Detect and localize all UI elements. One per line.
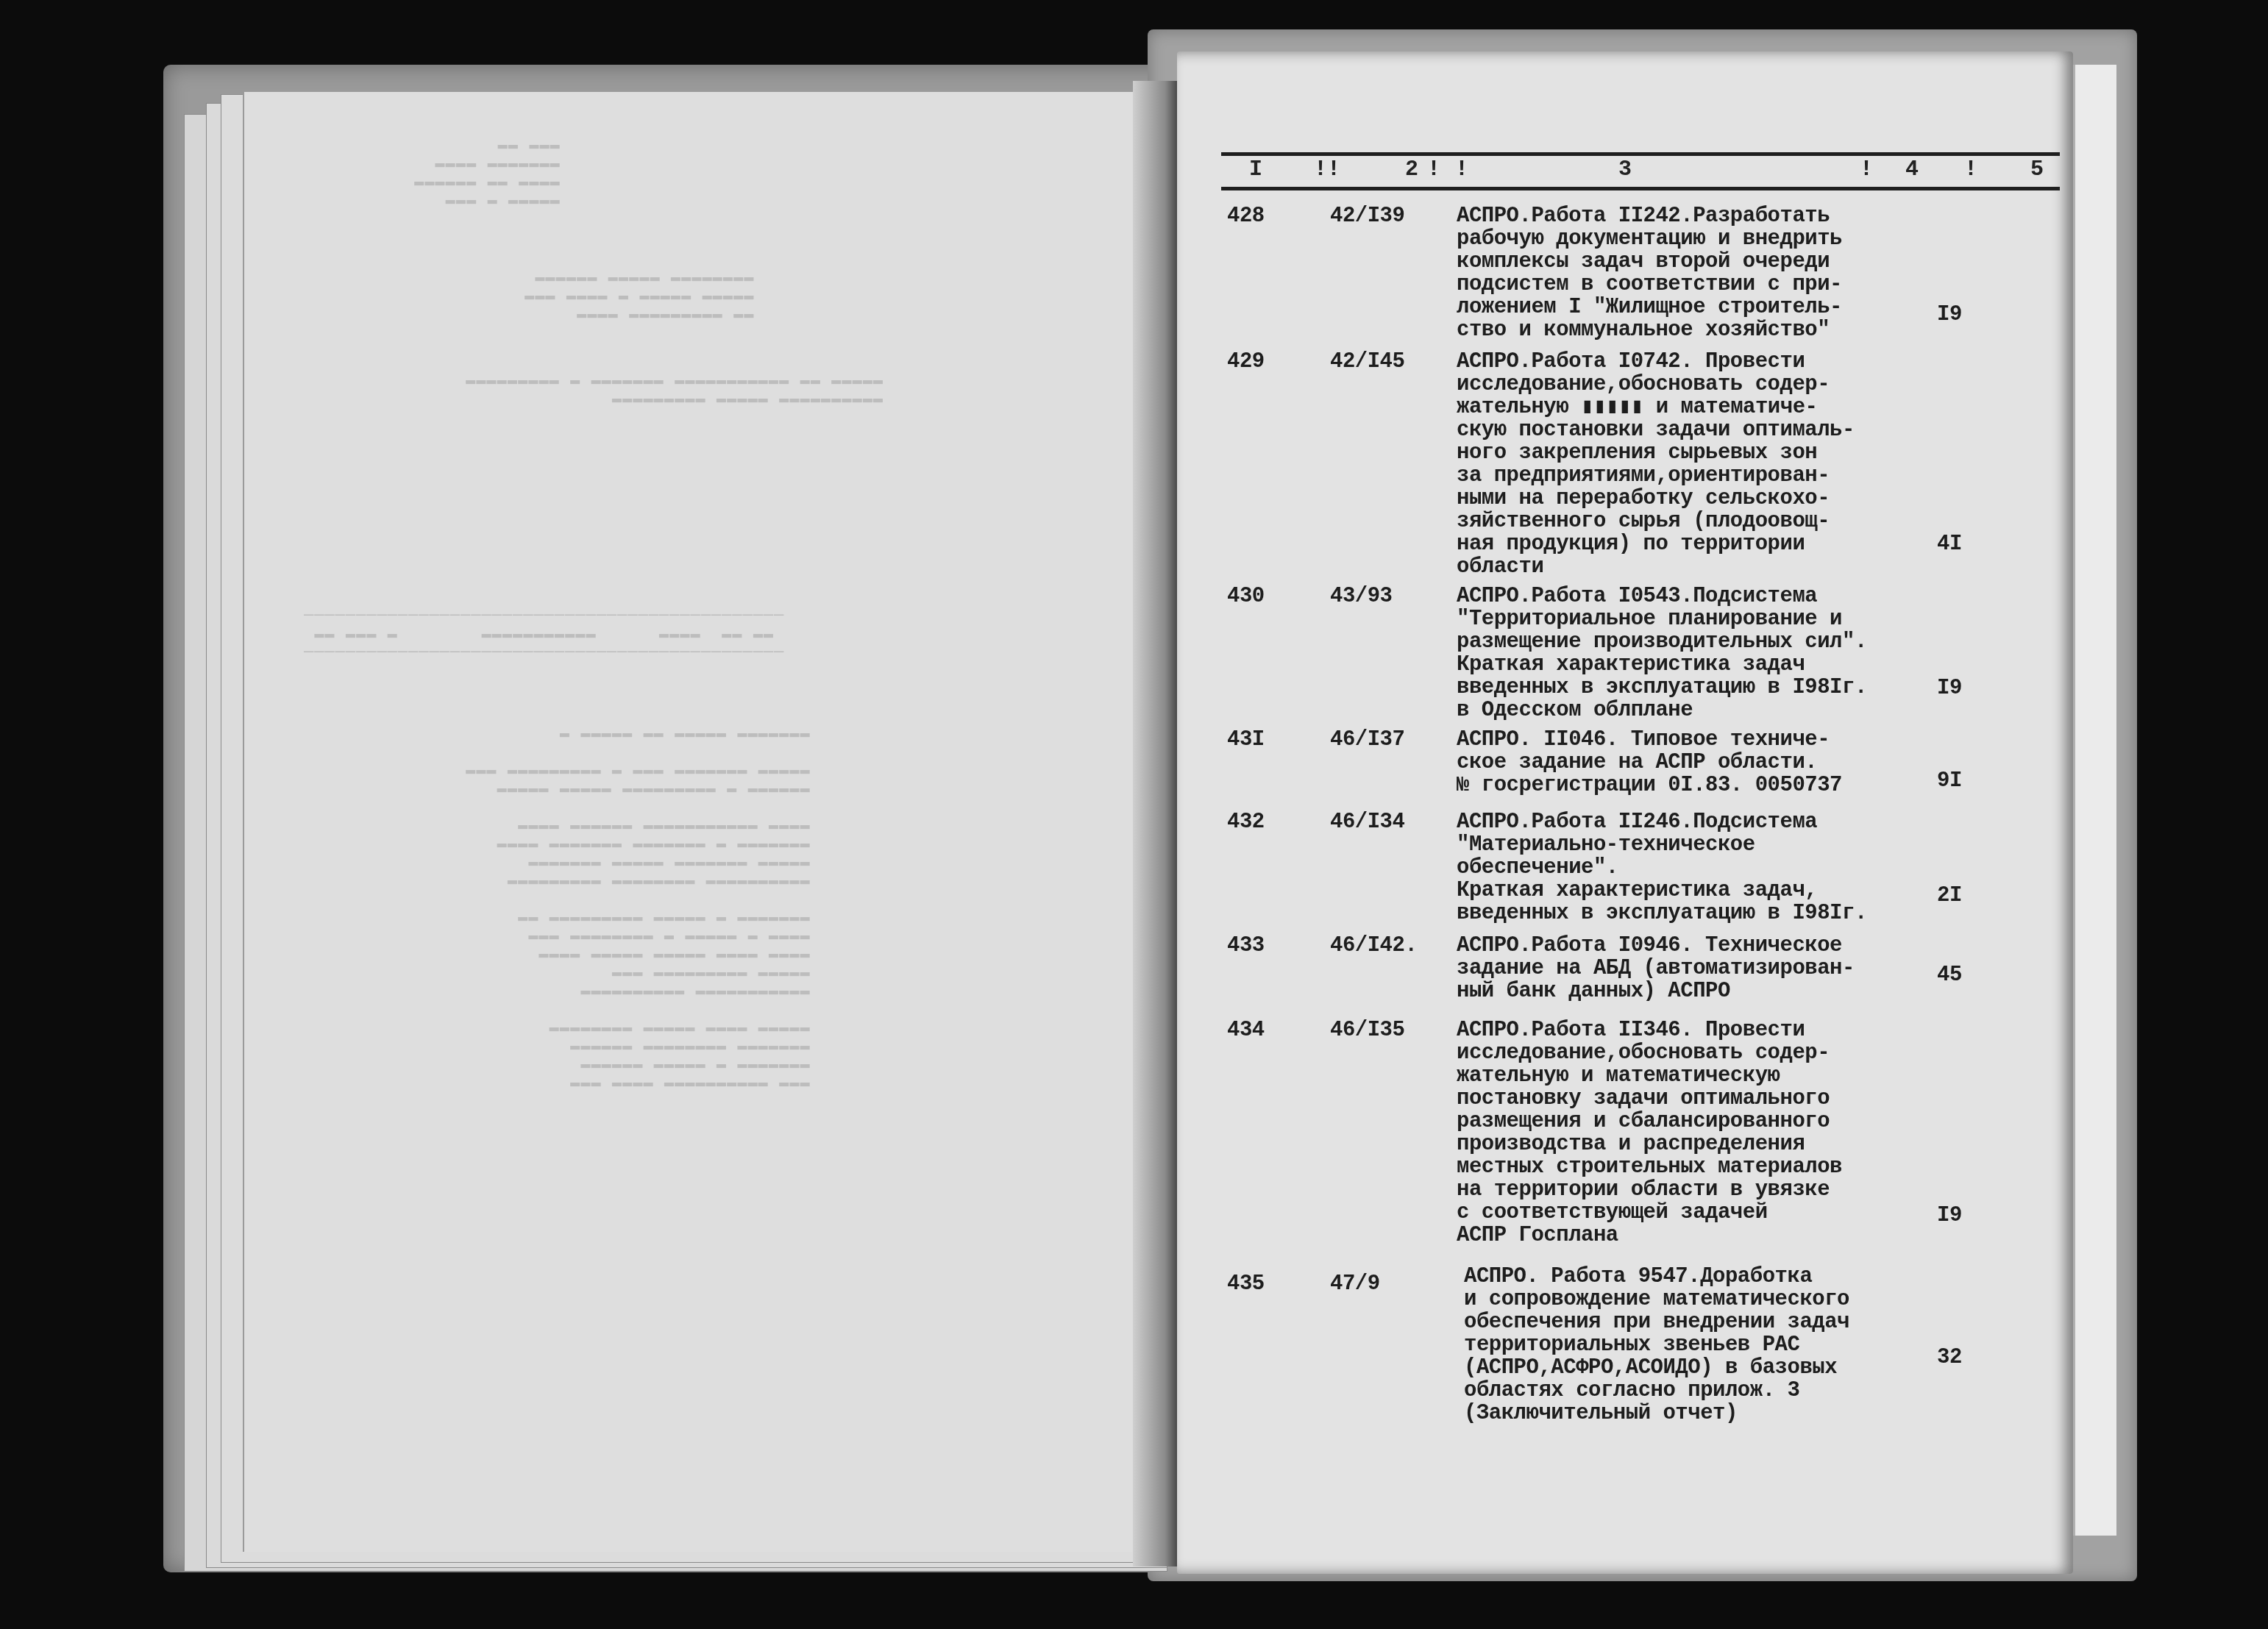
entry-number: 428 bbox=[1227, 204, 1265, 227]
entry-pages: I9 bbox=[1913, 1204, 1986, 1227]
entry-pages: I9 bbox=[1913, 303, 1986, 326]
entry-description: АСПРО.Работа I0742. Провести исследовани… bbox=[1457, 350, 1913, 578]
entry-description: АСПРО.Работа II246.Подсистема "Материаль… bbox=[1457, 810, 1913, 924]
bleed-through-text: ▬▬▬▬▬▬▬▬ ▬▬▬▬▬ ▬▬▬▬▬▬ ▬▬▬▬▬ ▬▬▬▬▬ ▬ ▬▬▬▬… bbox=[524, 268, 753, 324]
column-divider: !! bbox=[1314, 157, 1340, 182]
column-header-5: 5 bbox=[2030, 157, 2044, 182]
column-header-1: I bbox=[1249, 157, 1262, 182]
entry-number: 432 bbox=[1227, 810, 1265, 833]
entry-number: 435 bbox=[1227, 1272, 1265, 1295]
entry-number: 434 bbox=[1227, 1019, 1265, 1041]
bleed-through-table: ────────────────────────────────────────… bbox=[303, 607, 783, 662]
entry-pages: 45 bbox=[1913, 963, 1986, 986]
column-divider: ! bbox=[1455, 157, 1468, 182]
bleed-through-text: ▬▬▬▬▬▬▬ ▬▬▬▬▬ ▬▬ ▬▬▬▬▬ ▬ ▬▬▬▬▬ ▬▬▬▬▬▬▬ ▬… bbox=[465, 724, 810, 1092]
entry-code: 42/I39 bbox=[1330, 204, 1404, 227]
table-header: I !! 2 ! ! 3 ! 4 ! 5 bbox=[1221, 152, 2060, 190]
entry-number: 433 bbox=[1227, 934, 1265, 957]
entry-code: 46/I42. bbox=[1330, 934, 1417, 957]
bleed-through-text: ▬▬▬ ▬▬ ▬▬▬▬▬▬▬ ▬▬▬▬ ▬▬▬▬ ▬▬ ▬▬▬▬▬▬ ▬▬▬▬▬… bbox=[413, 136, 560, 210]
entry-code: 46/I34 bbox=[1330, 810, 1404, 833]
column-header-3: 3 bbox=[1618, 157, 1632, 182]
entry-number: 43I bbox=[1227, 728, 1265, 751]
entry-code: 43/93 bbox=[1330, 585, 1393, 607]
entry-description: АСПРО. Работа 9547.Доработка и сопровожд… bbox=[1464, 1265, 1920, 1425]
column-divider: ! bbox=[1427, 157, 1440, 182]
bleed-through-text: ▬▬▬▬▬ ▬▬ ▬▬▬▬▬▬▬▬▬▬▬ ▬▬▬▬▬▬▬ ▬ ▬▬▬▬▬▬▬▬▬… bbox=[465, 371, 883, 408]
entry-number: 430 bbox=[1227, 585, 1265, 607]
entry-pages: 9I bbox=[1913, 769, 1986, 792]
column-divider: ! bbox=[1860, 157, 1873, 182]
column-divider: ! bbox=[1964, 157, 1977, 182]
entry-description: АСПРО.Работа I0543.Подсистема "Территори… bbox=[1457, 585, 1913, 721]
column-header-2: 2 bbox=[1405, 157, 1418, 182]
entry-description: АСПРО.Работа I0946. Техническое задание … bbox=[1457, 934, 1913, 1002]
column-header-4: 4 bbox=[1905, 157, 1919, 182]
entry-code: 46/I35 bbox=[1330, 1019, 1404, 1041]
entry-pages: 4I bbox=[1913, 532, 1986, 555]
entry-pages: I9 bbox=[1913, 677, 1986, 699]
entry-description: АСПРО. II046. Типовое техниче- ское зада… bbox=[1457, 728, 1913, 796]
entry-pages: 32 bbox=[1913, 1346, 1986, 1369]
entry-number: 429 bbox=[1227, 350, 1265, 373]
entry-description: АСПРО.Работа II346. Провести исследовани… bbox=[1457, 1019, 1913, 1247]
entry-code: 46/I37 bbox=[1330, 728, 1404, 751]
entry-description: АСПРО.Работа II242.Разработать рабочую д… bbox=[1457, 204, 1913, 341]
page-edge-stack bbox=[2073, 65, 2116, 1536]
entry-pages: 2I bbox=[1913, 884, 1986, 907]
left-page: ▬▬▬ ▬▬ ▬▬▬▬▬▬▬ ▬▬▬▬ ▬▬▬▬ ▬▬ ▬▬▬▬▬▬ ▬▬▬▬▬… bbox=[243, 92, 1167, 1552]
entry-code: 42/I45 bbox=[1330, 350, 1404, 373]
entry-code: 47/9 bbox=[1330, 1272, 1380, 1295]
